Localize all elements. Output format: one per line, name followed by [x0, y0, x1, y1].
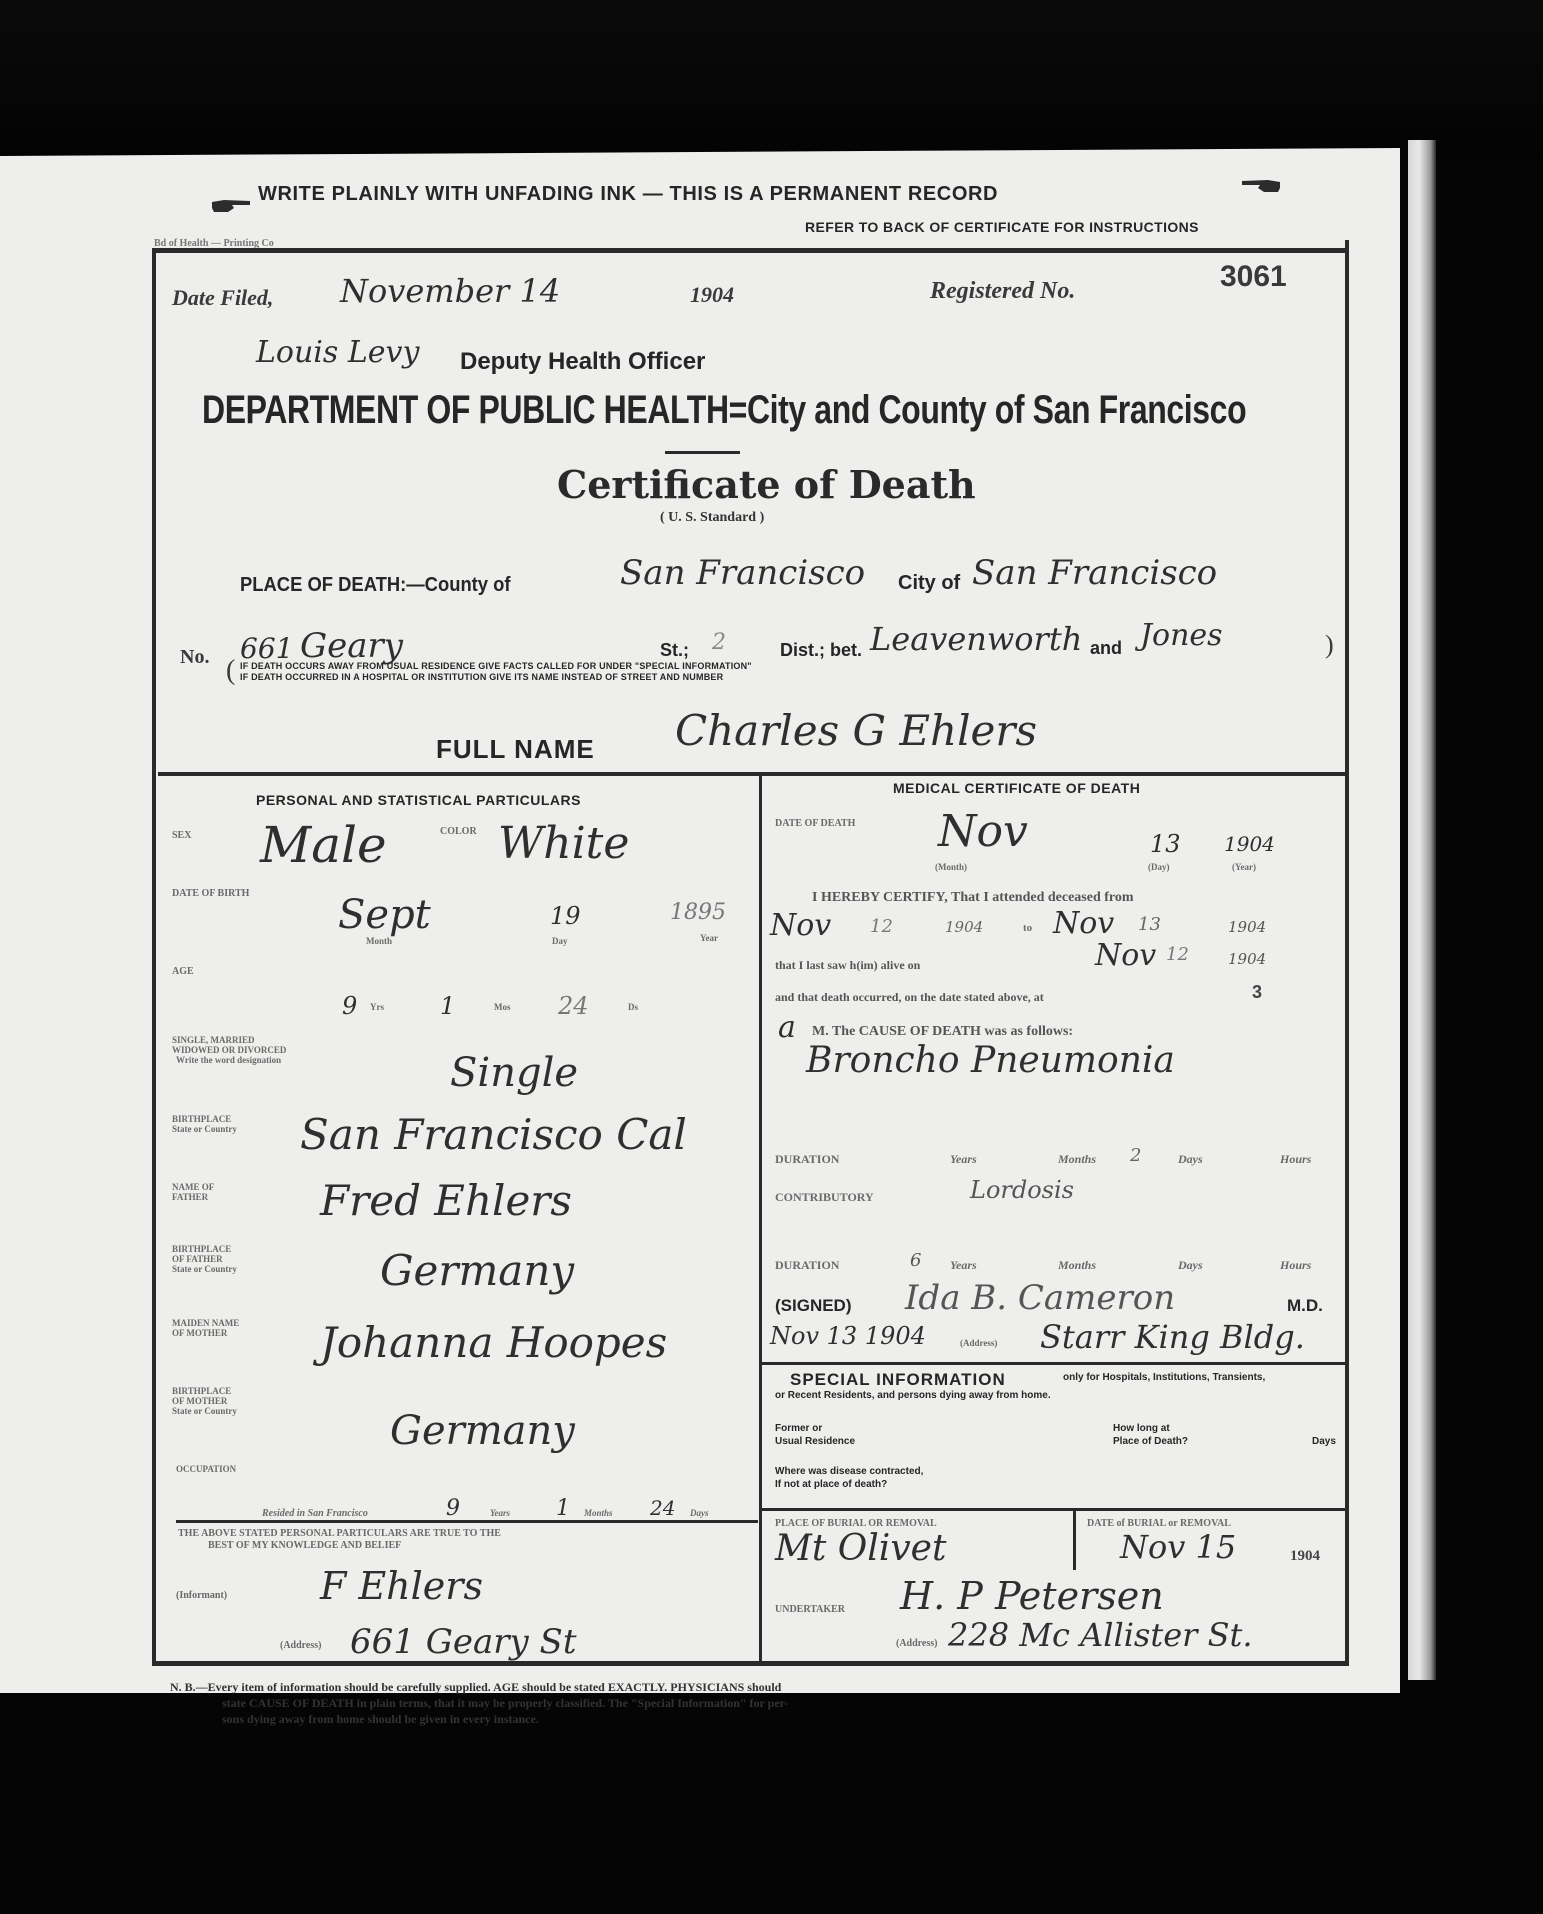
- ward-value: 2: [712, 630, 726, 655]
- registered-label: Registered No.: [930, 278, 1075, 305]
- place-of-death-label: PLACE OF DEATH:—County of: [240, 574, 511, 597]
- officer-title: Deputy Health Officer: [460, 348, 705, 376]
- duration-1-years-label: Years: [950, 1152, 977, 1167]
- street-no-label: No.: [180, 646, 209, 669]
- certificate-subtitle: ( U. S. Standard ): [660, 510, 764, 526]
- death-day: 13: [1150, 830, 1181, 858]
- undertaker-name: H. P Petersen: [900, 1574, 1164, 1618]
- special-note-1: only for Hospitals, Institutions, Transi…: [1063, 1372, 1265, 1383]
- informant-address-label: (Address): [280, 1640, 321, 1651]
- certify-text: I HEREBY CERTIFY, That I attended deceas…: [812, 890, 1134, 906]
- frame-right-rule: [1345, 240, 1349, 1665]
- how-long-days-label: Days: [1312, 1436, 1336, 1447]
- color-label: COLOR: [440, 826, 477, 837]
- birthplace-label-2: State or Country: [172, 1124, 237, 1134]
- attended-to-month: Nov: [1053, 906, 1114, 941]
- duration-2-years: 6: [910, 1250, 921, 1271]
- father-label-2: FATHER: [172, 1192, 208, 1202]
- personal-heading: PERSONAL AND STATISTICAL PARTICULARS: [256, 792, 581, 808]
- scan-background: [0, 0, 1543, 160]
- duration-2-months-label: Months: [1058, 1258, 1096, 1273]
- duration-2-hours-label: Hours: [1280, 1258, 1311, 1273]
- undertaker-address-label: (Address): [896, 1638, 937, 1649]
- informant-label: (Informant): [176, 1590, 227, 1601]
- duration-1-days: 2: [1130, 1145, 1141, 1166]
- undertaker-label: UNDERTAKER: [775, 1604, 845, 1615]
- father-bp-label-1: BIRTHPLACE: [172, 1244, 231, 1254]
- meridiem: a: [778, 1010, 796, 1045]
- officer-signature: Louis Levy: [256, 335, 419, 370]
- occurred-text: and that death occurred, on the date sta…: [775, 990, 1044, 1005]
- special-divider: [762, 1362, 1345, 1365]
- signed-date: Nov 13 1904: [770, 1322, 926, 1350]
- resided-years: 9: [446, 1496, 460, 1521]
- section-divider: [158, 772, 1345, 776]
- city-value: San Francisco: [972, 553, 1217, 593]
- burial-year: 1904: [1290, 1548, 1320, 1565]
- physician-signature: Ida B. Cameron: [905, 1278, 1175, 1318]
- frame-bottom-rule: [152, 1661, 1349, 1666]
- birthplace-value: San Francisco Cal: [300, 1110, 687, 1159]
- footer-note-line-2: state CAUSE OF DEATH in plain terms, tha…: [222, 1696, 789, 1711]
- duration-1-label: DURATION: [775, 1152, 839, 1167]
- jurisdiction: =City and County of San Francisco: [729, 388, 1247, 432]
- footer-note-line-3: sons dying away from home should be give…: [222, 1712, 539, 1727]
- burial-date: Nov 15: [1120, 1528, 1236, 1566]
- contracted-label-2: If not at place of death?: [775, 1479, 887, 1490]
- resided-days: 24: [650, 1496, 675, 1520]
- st-label: St.;: [660, 640, 689, 661]
- medical-heading: MEDICAL CERTIFICATE OF DEATH: [893, 780, 1140, 796]
- full-name-value: Charles G Ehlers: [675, 706, 1037, 755]
- age-days-label: Ds: [628, 1002, 638, 1012]
- department-heading: DEPARTMENT OF PUBLIC HEALTH=City and Cou…: [202, 388, 1246, 433]
- death-month: Nov: [938, 806, 1028, 857]
- paren-open: (: [226, 655, 235, 687]
- age-label: AGE: [172, 966, 194, 977]
- date-filed-label: Date Filed,: [172, 285, 273, 311]
- dob-month: Sept: [338, 892, 431, 938]
- marital-status: Single: [450, 1050, 578, 1096]
- frame-left-rule: [152, 250, 156, 1665]
- cause-of-death: Broncho Pneumonia: [806, 1040, 1175, 1081]
- age-days: 24: [558, 992, 589, 1020]
- father-bp-label-2: OF FATHER: [172, 1254, 223, 1264]
- department-name: DEPARTMENT OF PUBLIC HEALTH: [202, 388, 729, 432]
- duration-1-months-label: Months: [1058, 1152, 1096, 1167]
- sex-value: Male: [260, 816, 387, 874]
- mother-bp-label-3: State or Country: [172, 1406, 237, 1416]
- attended-from-month: Nov: [770, 908, 831, 943]
- dob-year-label: Year: [700, 933, 718, 943]
- age-years-label: Yrs: [370, 1002, 384, 1012]
- mother-bp-label-1: BIRTHPLACE: [172, 1386, 231, 1396]
- how-long-label-2: Place of Death?: [1113, 1436, 1188, 1447]
- duration-2-label: DURATION: [775, 1258, 839, 1273]
- physician-address-label: (Address): [960, 1338, 997, 1348]
- former-residence-label-1: Former or: [775, 1423, 822, 1434]
- burial-place: Mt Olivet: [775, 1528, 946, 1569]
- mother-name: Johanna Hoopes: [320, 1318, 667, 1367]
- md-label: M.D.: [1287, 1296, 1323, 1316]
- marital-label-3: Write the word designation: [176, 1055, 281, 1065]
- signed-label: (SIGNED): [775, 1296, 852, 1316]
- father-label-1: NAME OF: [172, 1182, 214, 1192]
- burial-divider: [762, 1508, 1345, 1511]
- death-year-label: (Year): [1232, 862, 1256, 872]
- physician-address: Starr King Bldg.: [1040, 1318, 1305, 1356]
- special-note-2: or Recent Residents, and persons dying a…: [775, 1390, 1051, 1401]
- resided-label: Resided in San Francisco: [262, 1508, 368, 1519]
- last-saw-day: 12: [1166, 944, 1189, 965]
- father-bp-label-3: State or Country: [172, 1264, 237, 1274]
- dob-year: 1895: [670, 900, 726, 925]
- last-saw-month: Nov: [1095, 938, 1156, 973]
- death-day-label: (Day): [1148, 862, 1170, 872]
- full-name-label: FULL NAME: [436, 734, 595, 765]
- contributory-label: CONTRIBUTORY: [775, 1190, 874, 1205]
- death-month-label: (Month): [935, 862, 967, 872]
- resided-months-label: Months: [584, 1508, 613, 1518]
- contracted-label-1: Where was disease contracted,: [775, 1466, 923, 1477]
- attest-divider: [176, 1520, 758, 1523]
- date-of-death-label: DATE OF DEATH: [775, 818, 855, 829]
- father-name: Fred Ehlers: [320, 1176, 572, 1225]
- street-value: Geary: [300, 626, 403, 666]
- refer-notice: REFER TO BACK OF CERTIFICATE FOR INSTRUC…: [805, 219, 1199, 235]
- attended-to-year: 1904: [1228, 918, 1266, 936]
- former-residence-label-2: Usual Residence: [775, 1436, 855, 1447]
- duration-1-hours-label: Hours: [1280, 1152, 1311, 1167]
- duration-2-days-label: Days: [1178, 1258, 1203, 1273]
- resided-months: 1: [556, 1496, 570, 1521]
- paper-edge-shadow: [1408, 140, 1436, 1680]
- pointing-hand-icon: [1240, 176, 1282, 196]
- pointing-hand-icon: [210, 196, 252, 216]
- title-divider: [665, 451, 740, 454]
- death-hour: 3: [1252, 982, 1262, 1003]
- dob-month-label: Month: [366, 936, 392, 946]
- birthplace-label-1: BIRTHPLACE: [172, 1114, 231, 1124]
- between-street-2: Jones: [1140, 618, 1223, 653]
- duration-2-years-label: Years: [950, 1258, 977, 1273]
- city-label: City of: [898, 572, 960, 595]
- instruction-line-1: IF DEATH OCCURS AWAY FROM USUAL RESIDENC…: [240, 661, 752, 671]
- last-saw-year: 1904: [1228, 950, 1266, 968]
- informant-address: 661 Geary St: [350, 1622, 576, 1662]
- age-years: 9: [342, 992, 357, 1020]
- special-heading: SPECIAL INFORMATION: [790, 1370, 1006, 1390]
- attended-from-day: 12: [870, 916, 893, 937]
- father-birthplace: Germany: [380, 1246, 574, 1295]
- paren-close: ): [1325, 630, 1334, 660]
- resided-years-label: Years: [490, 1508, 510, 1518]
- dob-day: 19: [550, 902, 581, 930]
- top-notice: WRITE PLAINLY WITH UNFADING INK — THIS I…: [258, 183, 998, 206]
- age-months: 1: [440, 992, 455, 1020]
- age-months-label: Mos: [494, 1002, 511, 1012]
- informant-value: F Ehlers: [320, 1564, 483, 1608]
- and-label: and: [1090, 638, 1122, 659]
- contributory-value: Lordosis: [970, 1176, 1074, 1204]
- registered-number: 3061: [1220, 260, 1287, 294]
- attest-line-1: THE ABOVE STATED PERSONAL PARTICULARS AR…: [178, 1528, 501, 1539]
- between-street-1: Leavenworth: [870, 620, 1082, 658]
- last-saw-text: that I last saw h(im) alive on: [775, 958, 920, 973]
- mother-birthplace: Germany: [390, 1408, 575, 1454]
- death-year: 1904: [1224, 832, 1275, 856]
- undertaker-address: 228 Mc Allister St.: [948, 1616, 1253, 1654]
- cause-text: M. The CAUSE OF DEATH was as follows:: [812, 1024, 1073, 1040]
- county-value: San Francisco: [620, 553, 865, 593]
- mother-label-1: MAIDEN NAME: [172, 1318, 239, 1328]
- year-filed: 1904: [690, 282, 734, 308]
- burial-column-divider: [1073, 1510, 1076, 1570]
- sex-label: SEX: [172, 830, 191, 841]
- dob-label: DATE OF BIRTH: [172, 888, 249, 899]
- color-value: White: [498, 818, 629, 869]
- resided-days-label: Days: [690, 1508, 709, 1518]
- marital-label-2: WIDOWED OR DIVORCED: [172, 1045, 286, 1055]
- certificate-title: Certificate of Death: [557, 462, 976, 507]
- marital-label-1: SINGLE, MARRIED: [172, 1035, 255, 1045]
- mother-label-2: OF MOTHER: [172, 1328, 227, 1338]
- instruction-line-2: IF DEATH OCCURRED IN A HOSPITAL OR INSTI…: [240, 672, 723, 682]
- occupation-label: OCCUPATION: [176, 1464, 236, 1474]
- column-divider: [759, 774, 762, 1661]
- footer-note: N. B.—Every item of information should b…: [170, 1680, 781, 1695]
- frame-top-rule: [152, 248, 1347, 253]
- to-label: to: [1023, 922, 1032, 934]
- how-long-label-1: How long at: [1113, 1423, 1170, 1434]
- dob-day-label: Day: [552, 936, 568, 946]
- attended-to-day: 13: [1138, 914, 1161, 935]
- mother-bp-label-2: OF MOTHER: [172, 1396, 227, 1406]
- dist-label: Dist.; bet.: [780, 640, 862, 661]
- footer-note-line-1: Every item of information should be care…: [208, 1680, 782, 1694]
- attended-from-year: 1904: [945, 918, 983, 936]
- nb-label: N. B.—: [170, 1680, 208, 1694]
- attest-line-2: BEST OF MY KNOWLEDGE AND BELIEF: [208, 1540, 401, 1551]
- scan-background-bottom: [0, 1740, 1543, 1914]
- date-filed-value: November 14: [340, 272, 560, 310]
- duration-1-days-label: Days: [1178, 1152, 1203, 1167]
